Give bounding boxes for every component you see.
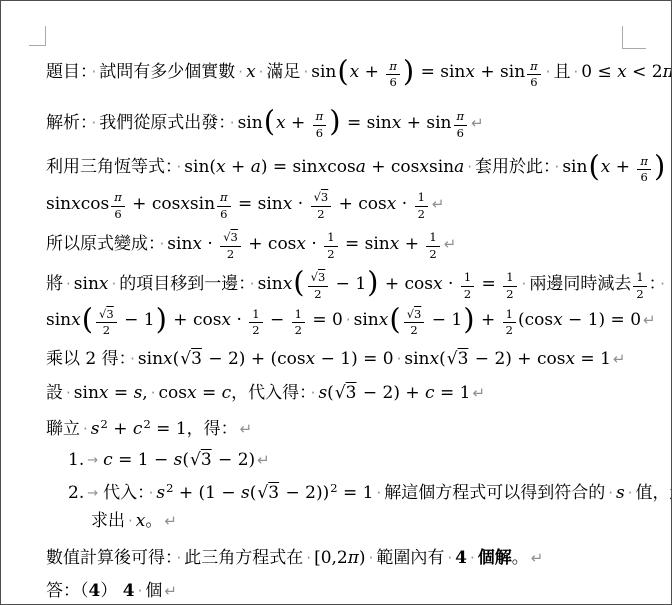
radical-sign-icon: √: [223, 230, 230, 244]
math-run: − 2) +: [357, 383, 425, 403]
math-run: − 2)): [280, 483, 329, 503]
math-run: ·: [202, 234, 218, 254]
radicand: 3: [106, 307, 113, 321]
math-run: +: [108, 419, 133, 439]
text-run: 代入：: [103, 483, 146, 503]
radical: √3: [257, 483, 279, 503]
bold-text: 4: [123, 581, 135, 601]
text-run: 且: [554, 62, 571, 82]
denominator: 2: [308, 287, 329, 301]
text-run: 我們從原式出發：: [99, 113, 227, 133]
space-dot-mark: ·: [238, 63, 243, 81]
math-variable: s: [156, 483, 165, 503]
numerator: 1: [324, 232, 337, 247]
space-dot-mark: ·: [470, 549, 475, 567]
paragraph-substitute: 設·sinx = s,·cosx = c，代入得：·s(√3 − 2) + c …: [46, 379, 651, 407]
big-paren: ): [402, 54, 415, 88]
math-run: (: [250, 483, 257, 503]
math-variable: π: [663, 62, 672, 82]
text-run: 答：（: [46, 581, 89, 601]
word-document-screenshot: { "page": { "background": "#ffffff", "bo…: [0, 0, 672, 605]
space-dot-mark: ·: [112, 275, 117, 293]
denominator: 2: [461, 287, 474, 301]
math-variable: c: [222, 383, 232, 403]
space-dot-mark: ·: [66, 275, 71, 293]
numerator: π: [637, 156, 651, 171]
text-run: ：: [649, 274, 658, 294]
space-dot-mark: ·: [467, 158, 472, 176]
fraction: √32: [404, 309, 425, 337]
text-line: 利用三角恆等式：·sin(x + a) = sinxcosa + cosxsin…: [46, 149, 651, 186]
math-run: (: [173, 349, 180, 369]
numerator: π: [454, 111, 468, 126]
space-dot-mark: ·: [138, 582, 143, 600]
math-variable: s: [134, 383, 143, 403]
paragraph-mark-icon: ↵: [613, 350, 626, 368]
numerator: π: [527, 61, 541, 76]
radicand: 3: [231, 230, 238, 244]
math-run: +: [476, 310, 501, 330]
text-run: 的項目移到一邊：: [119, 274, 247, 294]
denominator: 2: [415, 207, 428, 221]
math-run: 1.: [68, 450, 84, 470]
math-run: sin: [429, 157, 454, 177]
denominator: 2: [503, 323, 516, 337]
space-dot-mark: ·: [397, 350, 402, 368]
denominator: 2: [96, 323, 117, 337]
text-line: 聯立·s2 + c2 = 1，得：↵: [46, 411, 651, 442]
text-line: sinx(√32 − 1) + cosx · 12 − 12 = 0·sinx(…: [46, 302, 651, 339]
space-dot-mark: ·: [151, 384, 156, 402]
paragraph-mark-icon: ↵: [164, 582, 177, 600]
big-paren: (: [263, 104, 276, 138]
math-run: = 1: [435, 383, 471, 403]
big-paren: (: [81, 302, 94, 336]
radical: √3: [447, 349, 469, 369]
math-run: < 2: [627, 62, 663, 82]
text-run: ，代入得：: [231, 383, 308, 403]
math-run: =: [197, 383, 222, 403]
math-variable: x: [180, 194, 190, 214]
radical-sign-icon: √: [190, 450, 201, 470]
fraction: 12: [292, 309, 305, 337]
paragraph-mark-icon: ↵: [643, 311, 656, 329]
space-dot-mark: ·: [177, 158, 182, 176]
math-run: = 1: [338, 483, 374, 503]
math-variable: x: [283, 274, 293, 294]
denominator: 2: [426, 247, 439, 261]
math-variable: x: [221, 310, 231, 330]
list-item-1: 1.→c = 1 − s(√3 − 2)↵: [68, 447, 651, 475]
space-dot-mark: ·: [306, 549, 311, 567]
radicand: 3: [458, 349, 469, 369]
paragraph-mark-icon: ↵: [164, 512, 177, 530]
big-paren: (: [292, 265, 305, 299]
fraction: √32: [308, 272, 329, 300]
space-dot-mark: ·: [149, 484, 154, 502]
bold-text: 個解: [478, 548, 512, 568]
text-run: 套用於此：: [475, 157, 552, 177]
math-variable: x: [392, 113, 402, 133]
fraction: √32: [311, 192, 332, 220]
math-run: + cos: [243, 234, 297, 254]
math-run: = sin: [233, 194, 283, 214]
big-paren: ): [366, 265, 379, 299]
text-run: 設: [46, 383, 63, 403]
denominator: 6: [637, 170, 651, 184]
text-run: 此三角方程式在: [184, 548, 303, 568]
tab-arrow-icon: →: [87, 486, 98, 501]
denominator: 2: [503, 287, 516, 301]
space-dot-mark: ·: [230, 114, 235, 132]
paragraph-conclusion: 數值計算後可得：·此三角方程式在·[0,2π)·範圍內有·4·個解。↵: [46, 545, 651, 571]
denominator: 6: [217, 207, 231, 221]
math-run: − 1: [330, 274, 366, 294]
math-variable: x: [419, 157, 429, 177]
numerator: √3: [404, 309, 425, 324]
math-run: sin(: [184, 157, 216, 177]
radicand: 3: [268, 483, 279, 503]
math-run: + sin: [401, 113, 451, 133]
numerator: π: [313, 111, 327, 126]
fraction: 12: [415, 192, 428, 220]
text-run: 值，進而: [636, 483, 672, 503]
bold-text: 4: [455, 548, 467, 568]
space-dot-mark: ·: [130, 350, 135, 368]
math-variable: x: [433, 274, 443, 294]
numerator: π: [217, 192, 231, 207]
math-run: cos: [81, 194, 109, 214]
paragraph-mark-icon: ↵: [472, 384, 485, 402]
space-dot-mark: ·: [522, 275, 527, 293]
math-run: − 2): [213, 450, 256, 470]
math-variable: a: [454, 157, 464, 177]
paragraph-mark-icon: ↵: [531, 549, 544, 567]
math-run: =: [476, 274, 501, 294]
text-run: 範圍內有: [376, 548, 444, 568]
paragraph-multiply: 乘以 2 得：·sinx(√3 − 2) + (cosx − 1) = 0·si…: [46, 345, 651, 373]
text-run: 滿足: [266, 62, 300, 82]
numerator: 1: [415, 192, 428, 207]
fraction: π6: [527, 61, 541, 89]
document-page[interactable]: 題目：·試問有多少個實數·x·滿足·sin(x + π6) = sinx + s…: [46, 54, 651, 604]
text-run: 解這個方程式可以得到符合的: [384, 483, 605, 503]
big-paren: (: [587, 149, 600, 183]
math-run: sin: [258, 274, 283, 294]
numerator: π: [386, 61, 400, 76]
math-run: cos: [158, 383, 186, 403]
text-run: 。: [512, 548, 529, 568]
math-variable: x: [465, 62, 475, 82]
math-run: sin: [311, 62, 336, 82]
math-variable: c: [103, 450, 113, 470]
math-variable: s: [91, 419, 100, 439]
space-dot-mark: ·: [546, 63, 551, 81]
math-run: ·: [306, 234, 322, 254]
fraction: π6: [637, 156, 651, 184]
paragraph-problem: 題目：·試問有多少個實數·x·滿足·sin(x + π6) = sinx + s…: [46, 54, 651, 91]
text-line: 1.→c = 1 − s(√3 − 2)↵: [68, 447, 651, 475]
fraction: 12: [426, 232, 439, 260]
math-run: − 2) + cos: [469, 349, 565, 369]
math-variable: x: [283, 194, 293, 214]
radical-sign-icon: √: [257, 483, 268, 503]
math-variable: x: [387, 194, 397, 214]
math-run: ): [359, 548, 366, 568]
text-run: 兩邊同時減去: [529, 274, 631, 294]
math-run: +: [286, 113, 311, 133]
math-run: (: [327, 383, 334, 403]
radical: √3: [180, 349, 202, 369]
math-run: sin: [46, 310, 71, 330]
space-dot-mark: ·: [555, 158, 560, 176]
math-variable: s: [616, 483, 625, 503]
denominator: 6: [527, 75, 541, 89]
math-run: sin: [46, 194, 71, 214]
numerator: 1: [503, 272, 516, 287]
numerator: √3: [220, 232, 241, 247]
math-variable: s: [241, 483, 250, 503]
space-dot-mark: ·: [574, 63, 579, 81]
numerator: 1: [461, 272, 474, 287]
paragraph-identity: 利用三角恆等式：·sin(x + a) = sinxcosa + cosxsin…: [46, 149, 651, 222]
text-run: 試問有多少個實數: [99, 62, 235, 82]
radical-sign-icon: √: [447, 349, 458, 369]
math-run: − 1: [426, 310, 462, 330]
superscript: 2: [143, 417, 150, 431]
denominator: 6: [111, 207, 125, 221]
space-dot-mark: ·: [259, 63, 264, 81]
math-variable: a: [356, 157, 366, 177]
radical-sign-icon: √: [335, 383, 346, 403]
text-run: ，得：: [187, 419, 238, 439]
radicand: 3: [346, 383, 357, 403]
space-dot-mark: ·: [346, 311, 351, 329]
math-run: + sin: [475, 62, 525, 82]
text-run: 所以原式變成：: [46, 234, 157, 254]
math-run: = sin: [342, 113, 392, 133]
math-run: +: [399, 234, 424, 254]
math-run: [0,2: [314, 548, 348, 568]
math-variable: x: [379, 310, 389, 330]
math-run: ·: [443, 274, 459, 294]
space-dot-mark: ·: [447, 549, 452, 567]
math-run: + cos: [366, 157, 420, 177]
list-item-2: 2.→代入：·s2 + (1 − s(√3 − 2))2 = 1·解這個方程式可…: [68, 475, 651, 534]
numerator: √3: [311, 192, 332, 207]
paragraph-system: 聯立·s2 + c2 = 1，得：↵: [46, 411, 651, 442]
fraction: √32: [96, 309, 117, 337]
text-line: 所以原式變成：·sinx · √32 + cosx · 12 = sinx + …: [46, 226, 651, 262]
denominator: 6: [313, 126, 327, 140]
fraction: 12: [324, 232, 337, 260]
math-run: = 1: [151, 419, 187, 439]
paragraph-answer: 答：（4） 4·個↵: [46, 578, 651, 604]
math-variable: x: [136, 511, 146, 531]
math-run: sin: [238, 113, 263, 133]
paragraph-mark-icon: ↵: [432, 195, 445, 213]
bold-text: 4: [89, 581, 101, 601]
fraction: 12: [503, 272, 516, 300]
numerator: 1: [503, 309, 516, 324]
math-run: −: [265, 310, 290, 330]
text-line: 數值計算後可得：·此三角方程式在·[0,2π)·範圍內有·4·個解。↵: [46, 545, 651, 571]
text-line: 求出·x。↵: [91, 508, 651, 534]
radical: √3: [190, 450, 212, 470]
denominator: 2: [292, 323, 305, 337]
margin-corner-mark-top-left: [29, 26, 46, 46]
paragraph-becomes: 所以原式變成：·sinx · √32 + cosx · 12 = sinx + …: [46, 226, 651, 262]
text-line: 將·sinx·的項目移到一邊：·sinx(√32 − 1) + cosx · 1…: [46, 266, 651, 303]
math-run: sin: [167, 234, 192, 254]
radicand: 3: [201, 450, 212, 470]
radical: √3: [335, 383, 357, 403]
text-line: 設·sinx = s,·cosx = c，代入得：·s(√3 − 2) + c …: [46, 379, 651, 407]
fraction: 12: [503, 309, 516, 337]
math-run: + cos: [333, 194, 387, 214]
math-run: ) = sin: [261, 157, 318, 177]
paragraph-analysis: 解析：·我們從原式出發：·sin(x + π6) = sinx + sinπ6↵: [46, 105, 651, 142]
text-line: 2.→代入：·s2 + (1 − s(√3 − 2))2 = 1·解這個方程式可…: [68, 475, 651, 508]
math-run: − 2) + (cos: [203, 349, 306, 369]
space-dot-mark: ·: [128, 512, 133, 530]
math-variable: x: [350, 62, 360, 82]
math-run: cos: [327, 157, 355, 177]
math-run: =: [109, 383, 134, 403]
math-variable: π: [348, 548, 359, 568]
math-run: ·: [231, 310, 247, 330]
big-paren: ): [328, 104, 341, 138]
big-paren: ): [653, 149, 666, 183]
paragraph-mark-icon: ↵: [257, 451, 270, 469]
math-variable: x: [246, 62, 256, 82]
math-variable: x: [318, 157, 328, 177]
space-dot-mark: ·: [660, 275, 665, 293]
math-run: + cos: [168, 310, 222, 330]
math-variable: x: [99, 274, 109, 294]
math-run: sin: [190, 194, 215, 214]
margin-corner-mark-top-right: [622, 26, 646, 49]
space-dot-mark: ·: [83, 420, 88, 438]
radicand: 3: [414, 307, 421, 321]
numerator: π: [111, 192, 125, 207]
fraction: 12: [461, 272, 474, 300]
denominator: 2: [404, 323, 425, 337]
fraction: 12: [249, 309, 262, 337]
math-run: =: [666, 157, 672, 177]
math-run: sin: [562, 157, 587, 177]
fraction: π6: [111, 192, 125, 220]
math-run: sin: [404, 349, 429, 369]
space-dot-mark: ·: [608, 484, 613, 502]
math-run: + cos: [127, 194, 181, 214]
numerator: √3: [96, 309, 117, 324]
space-dot-mark: ·: [628, 484, 633, 502]
paragraph-mark-icon: ↵: [240, 420, 253, 438]
math-run: = 0: [307, 310, 343, 330]
text-run: 利用三角恆等式：: [46, 157, 174, 177]
math-variable: x: [99, 383, 109, 403]
math-run: sin: [74, 274, 99, 294]
math-variable: x: [187, 383, 197, 403]
fraction: π6: [386, 61, 400, 89]
numerator: 1: [292, 309, 305, 324]
text-run: 數值計算後可得：: [46, 548, 174, 568]
math-run: (cos: [518, 310, 553, 330]
math-variable: c: [425, 383, 435, 403]
superscript: 2: [101, 417, 108, 431]
space-dot-mark: ·: [376, 484, 381, 502]
math-run: 2.: [68, 483, 84, 503]
space-dot-mark: ·: [369, 549, 374, 567]
text-run: ）: [100, 581, 122, 601]
math-variable: x: [565, 349, 575, 369]
radical-sign-icon: √: [311, 270, 318, 284]
math-run: = sin: [340, 234, 390, 254]
math-variable: x: [296, 234, 306, 254]
space-dot-mark: ·: [160, 235, 165, 253]
paragraph-mark-icon: ↵: [444, 235, 457, 253]
math-variable: x: [192, 234, 202, 254]
big-paren: (: [388, 302, 401, 336]
math-variable: x: [216, 157, 226, 177]
math-run: sin: [74, 383, 99, 403]
math-variable: x: [390, 234, 400, 254]
space-dot-mark: ·: [250, 275, 255, 293]
text-run: 乘以 2 得：: [46, 349, 127, 369]
numerator: 1: [426, 232, 439, 247]
text-line: 題目：·試問有多少個實數·x·滿足·sin(x + π6) = sinx + s…: [46, 54, 651, 91]
text-line: 答：（4） 4·個↵: [46, 578, 651, 604]
fraction: π6: [454, 111, 468, 139]
superscript: 2: [330, 481, 337, 495]
tab-arrow-icon: →: [87, 453, 98, 468]
denominator: 6: [454, 126, 468, 140]
denominator: 2: [324, 247, 337, 261]
text-run: 。: [145, 511, 162, 531]
paragraph-mark-icon: ↵: [471, 114, 484, 132]
math-run: − 1) = 0: [563, 310, 641, 330]
space-dot-mark: ·: [177, 549, 182, 567]
text-line: 解析：·我們從原式出發：·sin(x + π6) = sinx + sinπ6↵: [46, 105, 651, 142]
denominator: 6: [386, 75, 400, 89]
text-run: 將: [46, 274, 63, 294]
fraction: 12: [633, 272, 646, 300]
math-run: +: [359, 62, 384, 82]
radicand: 3: [321, 190, 328, 204]
math-variable: s: [318, 383, 327, 403]
denominator: 2: [220, 247, 241, 261]
denominator: 2: [633, 287, 646, 301]
numerator: 1: [633, 272, 646, 287]
denominator: 2: [311, 207, 332, 221]
radicand: 3: [318, 270, 325, 284]
numerator: 1: [249, 309, 262, 324]
math-variable: x: [553, 310, 563, 330]
math-run: (: [439, 349, 446, 369]
fraction: π6: [217, 192, 231, 220]
math-run: sin: [354, 310, 379, 330]
space-dot-mark: ·: [311, 384, 316, 402]
space-dot-mark: ·: [303, 63, 308, 81]
math-run: ·: [292, 194, 308, 214]
math-run: (: [182, 450, 189, 470]
paragraph-rearrange: 將·sinx·的項目移到一邊：·sinx(√32 − 1) + cosx · 1…: [46, 266, 651, 339]
space-dot-mark: ·: [92, 63, 97, 81]
math-run: = sin: [415, 62, 465, 82]
math-variable: x: [429, 349, 439, 369]
text-run: 解析：: [46, 113, 89, 133]
